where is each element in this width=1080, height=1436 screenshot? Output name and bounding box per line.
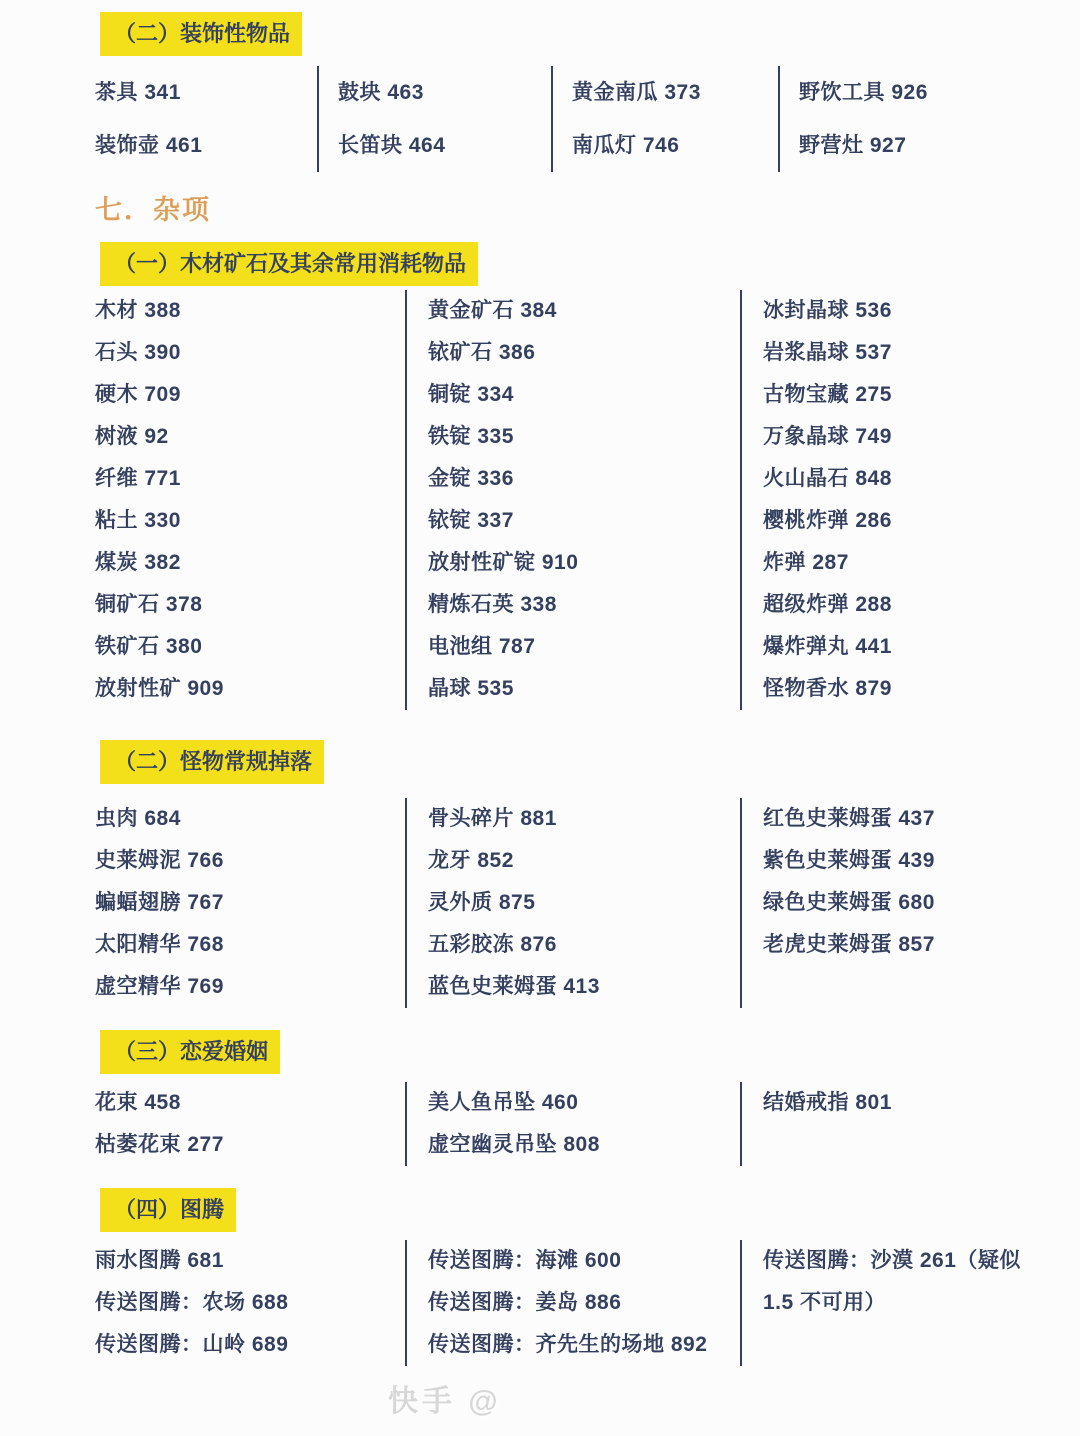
list-item: 树液 92 — [95, 416, 405, 458]
list-item: 枯萎花束 277 — [95, 1124, 405, 1166]
list-item: 铱矿石 386 — [428, 332, 740, 374]
list-item: 铱锭 337 — [428, 500, 740, 542]
list-item: 太阳精华 768 — [95, 924, 405, 966]
list-item: 黄金南瓜 373 — [572, 66, 778, 119]
chapter-heading-misc: 七．杂项 — [95, 194, 1050, 226]
drops-column-1: 虫肉 684史莱姆泥 766蝙蝠翅膀 767太阳精华 768虚空精华 769 — [95, 798, 405, 1008]
list-item: 铁锭 335 — [428, 416, 740, 458]
list-item: 晶球 535 — [428, 668, 740, 710]
totems-column-1: 雨水图腾 681传送图腾：农场 688传送图腾：山岭 689 — [95, 1240, 405, 1366]
list-item: 紫色史莱姆蛋 439 — [763, 840, 1022, 882]
list-item: 传送图腾：海滩 600 — [428, 1240, 740, 1282]
drops-column-2: 骨头碎片 881龙牙 852灵外质 875五彩胶冻 876蓝色史莱姆蛋 413 — [405, 798, 740, 1008]
list-item: 电池组 787 — [428, 626, 740, 668]
materials-column-1: 木材 388石头 390硬木 709树液 92纤维 771粘土 330煤炭 38… — [95, 290, 405, 710]
list-item: 精炼石英 338 — [428, 584, 740, 626]
list-item: 野营灶 927 — [799, 119, 1050, 172]
materials-list: 木材 388石头 390硬木 709树液 92纤维 771粘土 330煤炭 38… — [95, 290, 1050, 710]
section-heading-totems: （四）图腾 — [100, 1188, 236, 1232]
list-item: 装饰壶 461 — [95, 119, 317, 172]
section-heading-marriage: （三）恋爱婚姻 — [100, 1030, 280, 1074]
list-item: 炸弹 287 — [763, 542, 1022, 584]
totems-column-3: 传送图腾：沙漠 261（疑似 1.5 不可用） — [740, 1240, 1050, 1366]
decorative-items-list: 茶具 341装饰壶 461 鼓块 463长笛块 464 黄金南瓜 373南瓜灯 … — [95, 66, 1050, 172]
list-item: 虚空精华 769 — [95, 966, 405, 1008]
list-item: 超级炸弹 288 — [763, 584, 1022, 626]
list-item: 南瓜灯 746 — [572, 119, 778, 172]
drops-column-3: 红色史莱姆蛋 437紫色史莱姆蛋 439绿色史莱姆蛋 680老虎史莱姆蛋 857 — [740, 798, 1050, 1008]
list-item: 爆炸弹丸 441 — [763, 626, 1022, 668]
list-item: 龙牙 852 — [428, 840, 740, 882]
list-item: 金锭 336 — [428, 458, 740, 500]
list-item: 红色史莱姆蛋 437 — [763, 798, 1022, 840]
list-item: 传送图腾：齐先生的场地 892 — [428, 1324, 740, 1366]
list-item: 岩浆晶球 537 — [763, 332, 1022, 374]
totems-list: 雨水图腾 681传送图腾：农场 688传送图腾：山岭 689 传送图腾：海滩 6… — [95, 1240, 1050, 1366]
list-item: 铜锭 334 — [428, 374, 740, 416]
monster-drops-list: 虫肉 684史莱姆泥 766蝙蝠翅膀 767太阳精华 768虚空精华 769 骨… — [95, 798, 1050, 1008]
list-item: 铁矿石 380 — [95, 626, 405, 668]
list-item: 木材 388 — [95, 290, 405, 332]
decorative-column-4: 野饮工具 926野营灶 927 — [778, 66, 1050, 172]
decorative-column-2: 鼓块 463长笛块 464 — [317, 66, 551, 172]
kuaishou-watermark: 快手 @ — [388, 1376, 502, 1420]
list-item: 煤炭 382 — [95, 542, 405, 584]
list-item: 樱桃炸弹 286 — [763, 500, 1022, 542]
materials-column-2: 黄金矿石 384铱矿石 386铜锭 334铁锭 335金锭 336铱锭 337放… — [405, 290, 740, 710]
section-heading-materials: （一）木材矿石及其余常用消耗物品 — [100, 242, 478, 286]
list-item: 蝙蝠翅膀 767 — [95, 882, 405, 924]
section-heading-monster-drops: （二）怪物常规掉落 — [100, 740, 324, 784]
list-item: 放射性矿锭 910 — [428, 542, 740, 584]
marriage-column-1: 花束 458枯萎花束 277 — [95, 1082, 405, 1166]
decorative-column-1: 茶具 341装饰壶 461 — [95, 66, 317, 172]
list-item: 粘土 330 — [95, 500, 405, 542]
list-item: 鼓块 463 — [338, 66, 551, 119]
list-item: 虚空幽灵吊坠 808 — [428, 1124, 740, 1166]
list-item: 古物宝藏 275 — [763, 374, 1022, 416]
list-item: 传送图腾：山岭 689 — [95, 1324, 405, 1366]
list-item: 怪物香水 879 — [763, 668, 1022, 710]
materials-column-3: 冰封晶球 536岩浆晶球 537古物宝藏 275万象晶球 749火山晶石 848… — [740, 290, 1050, 710]
list-item: 灵外质 875 — [428, 882, 740, 924]
list-item: 硬木 709 — [95, 374, 405, 416]
marriage-column-3: 结婚戒指 801 — [740, 1082, 1050, 1166]
list-item: 美人鱼吊坠 460 — [428, 1082, 740, 1124]
marriage-column-2: 美人鱼吊坠 460虚空幽灵吊坠 808 — [405, 1082, 740, 1166]
list-item: 花束 458 — [95, 1082, 405, 1124]
list-item: 传送图腾：沙漠 261（疑似 1.5 不可用） — [763, 1240, 1022, 1324]
list-item: 石头 390 — [95, 332, 405, 374]
marriage-list: 花束 458枯萎花束 277 美人鱼吊坠 460虚空幽灵吊坠 808 结婚戒指 … — [95, 1082, 1050, 1166]
list-item: 火山晶石 848 — [763, 458, 1022, 500]
decorative-column-3: 黄金南瓜 373南瓜灯 746 — [551, 66, 778, 172]
list-item: 茶具 341 — [95, 66, 317, 119]
list-item: 野饮工具 926 — [799, 66, 1050, 119]
totems-column-2: 传送图腾：海滩 600传送图腾：姜岛 886传送图腾：齐先生的场地 892 — [405, 1240, 740, 1366]
list-item: 传送图腾：姜岛 886 — [428, 1282, 740, 1324]
list-item: 放射性矿 909 — [95, 668, 405, 710]
list-item: 绿色史莱姆蛋 680 — [763, 882, 1022, 924]
list-item: 万象晶球 749 — [763, 416, 1022, 458]
list-item: 五彩胶冻 876 — [428, 924, 740, 966]
list-item: 黄金矿石 384 — [428, 290, 740, 332]
list-item: 冰封晶球 536 — [763, 290, 1022, 332]
list-item: 传送图腾：农场 688 — [95, 1282, 405, 1324]
list-item: 雨水图腾 681 — [95, 1240, 405, 1282]
list-item: 蓝色史莱姆蛋 413 — [428, 966, 740, 1008]
list-item: 纤维 771 — [95, 458, 405, 500]
list-item: 史莱姆泥 766 — [95, 840, 405, 882]
list-item: 长笛块 464 — [338, 119, 551, 172]
list-item: 老虎史莱姆蛋 857 — [763, 924, 1022, 966]
list-item: 铜矿石 378 — [95, 584, 405, 626]
list-item: 结婚戒指 801 — [763, 1082, 1022, 1124]
section-heading-decorative: （二）装饰性物品 — [100, 12, 302, 56]
list-item: 虫肉 684 — [95, 798, 405, 840]
document-page: （二）装饰性物品 茶具 341装饰壶 461 鼓块 463长笛块 464 黄金南… — [0, 0, 1080, 1420]
list-item: 骨头碎片 881 — [428, 798, 740, 840]
